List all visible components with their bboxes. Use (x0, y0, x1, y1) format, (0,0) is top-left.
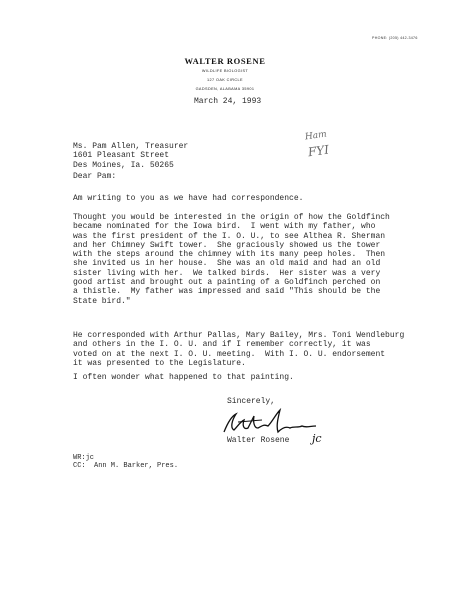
body-paragraph-1: Am writing to you as we have had corresp… (73, 194, 303, 203)
carbon-copy: CC: Ann M. Barker, Pres. (73, 462, 178, 470)
letterhead-city: GADSDEN, ALABAMA 35901 (0, 87, 450, 91)
text-line: good artist and brought out a painting o… (73, 278, 380, 287)
text-line: voted on at the next I. O. U. meeting. W… (73, 350, 385, 359)
handwritten-note-name: Ham (304, 130, 327, 143)
letterhead-street: 127 OAK CIRCLE (0, 78, 450, 82)
reference-block: WR:jc CC: Ann M. Barker, Pres. (73, 455, 178, 470)
text-line: it was presented to the Legislature. (73, 359, 246, 368)
text-line: and her Chimney Swift tower. She graciou… (73, 241, 380, 250)
text-line: and others in the I. O. U. and if I reme… (73, 340, 371, 349)
body-paragraph-2: Thought you would be interested in the o… (73, 213, 390, 306)
typed-signer-name: Walter Rosene (227, 436, 289, 445)
letterhead-title: WILDLIFE BIOLOGIST (0, 69, 450, 73)
signature-suffix: jc (312, 432, 322, 445)
recipient-line-3: Des Moines, Ia. 50265 (73, 161, 174, 170)
letterhead-phone: PHONE: (205) 442-3476 (372, 36, 418, 40)
text-line: became nominated for the Iowa bird. I we… (73, 222, 375, 231)
text-line: sister living with her. We talked birds.… (73, 269, 380, 278)
text-line: she invited us in her house. She was an … (73, 259, 380, 268)
text-line: State bird." (73, 297, 131, 306)
text-line: a thistle. My father was impressed and s… (73, 287, 380, 296)
recipient-address: Ms. Pam Allen, Treasurer 1601 Pleasant S… (73, 142, 188, 170)
letterhead-name: WALTER ROSENE (0, 56, 450, 66)
text-line: with the steps around the chimney with i… (73, 250, 385, 259)
recipient-line-2: 1601 Pleasant Street (73, 151, 169, 160)
text-line: He corresponded with Arthur Pallas, Mary… (73, 331, 404, 340)
recipient-line-1: Ms. Pam Allen, Treasurer (73, 142, 188, 151)
body-paragraph-4: I often wonder what happened to that pai… (73, 373, 294, 382)
text-line: was the first president of the I. O. U.,… (73, 232, 385, 241)
salutation: Dear Pam: (73, 172, 116, 181)
closing: Sincerely, (227, 397, 275, 406)
handwritten-note-fyi: FYI (307, 143, 330, 160)
letter-date: March 24, 1993 (194, 97, 261, 106)
text-line: Thought you would be interested in the o… (73, 213, 390, 222)
body-paragraph-3: He corresponded with Arthur Pallas, Mary… (73, 331, 404, 368)
